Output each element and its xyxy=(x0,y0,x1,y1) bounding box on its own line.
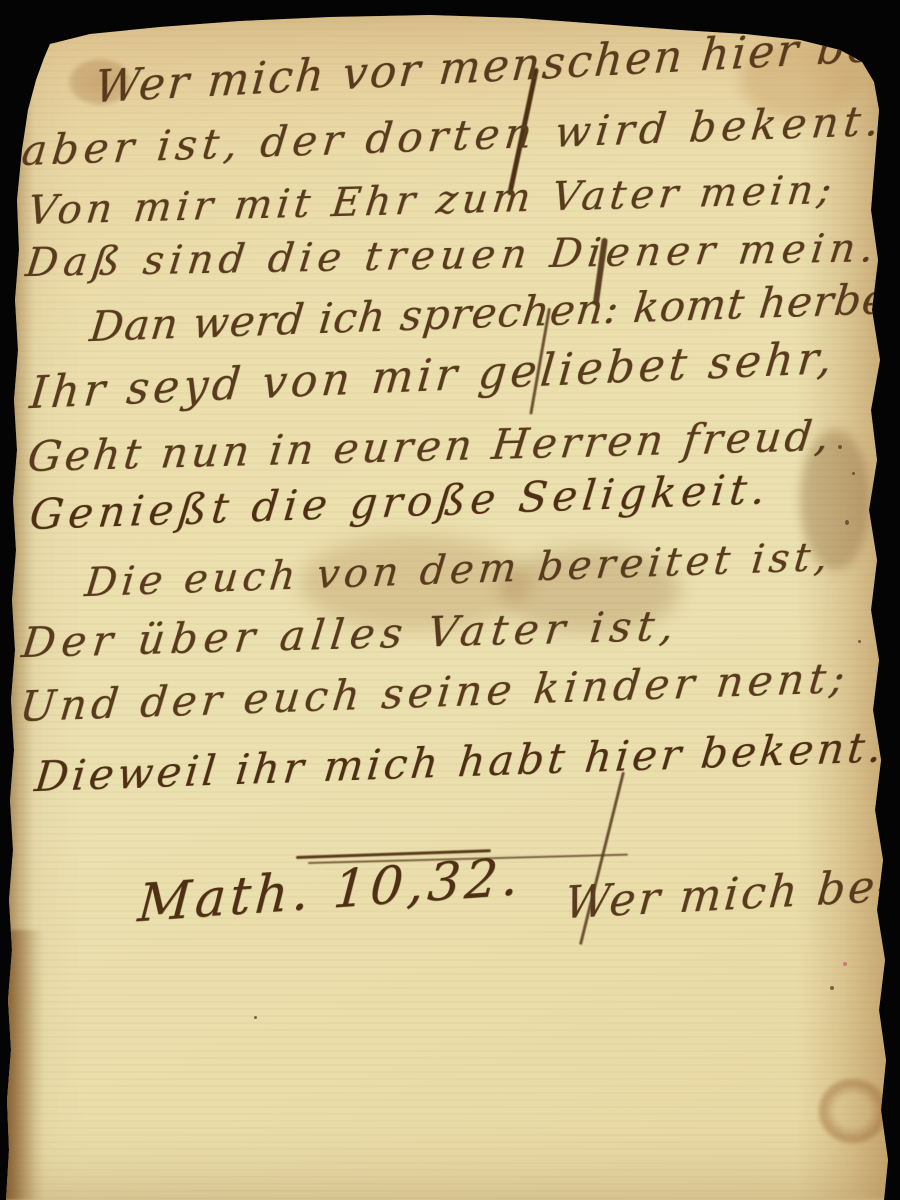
ink-speck xyxy=(858,640,861,643)
manuscript-line-4: Daß sind die treuen Diener mein. xyxy=(23,225,882,286)
manuscript-page: Wer mich vor menschen hier bekent aber i… xyxy=(0,0,900,1200)
ink-speck xyxy=(852,472,855,475)
bottom-right-ring-stain xyxy=(818,1078,888,1144)
left-torn-edge-lower xyxy=(0,930,44,1200)
scripture-citation: Math. 10,32. xyxy=(136,847,524,934)
manuscript-line-9: Die euch von dem bereitet ist, xyxy=(83,534,835,606)
pink-speck xyxy=(843,962,847,966)
manuscript-line-3: Von mir mit Ehr zum Vater mein; xyxy=(25,167,838,234)
scripture-catchword: Wer mich be- xyxy=(563,861,898,930)
ink-speck xyxy=(845,520,849,525)
photo-background: Wer mich vor menschen hier bekent aber i… xyxy=(0,0,900,1200)
ink-speck xyxy=(838,445,842,449)
manuscript-line-12: Dieweil ihr mich habt hier bekent. xyxy=(32,722,887,801)
manuscript-line-11: Und der euch seine kinder nent; xyxy=(17,653,851,731)
ink-speck xyxy=(254,1016,257,1019)
ink-speck xyxy=(830,986,834,990)
manuscript-line-10: Der über alles Vater ist, xyxy=(19,601,682,667)
manuscript-line-1: Wer mich vor menschen hier bekent xyxy=(93,15,900,113)
